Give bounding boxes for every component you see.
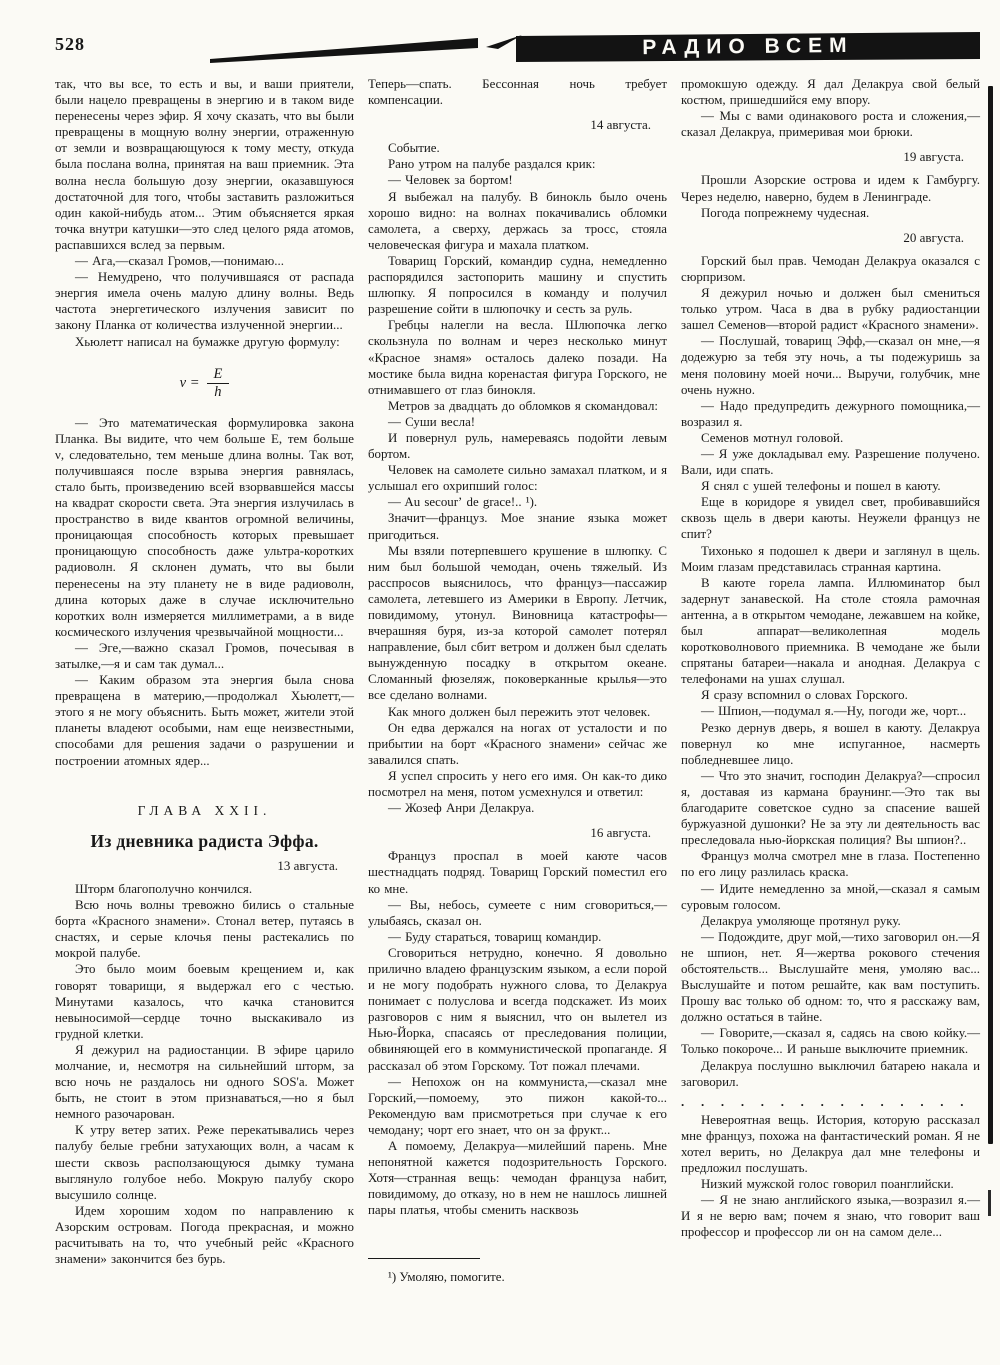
paragraph: Идем хорошим ходом по направлению к Азор… — [55, 1203, 354, 1267]
paragraph: Событие. — [368, 140, 667, 156]
paragraph: Хьюлетт написал на бумажке другую формул… — [55, 334, 354, 350]
masthead-title: РАДИО ВСЕМ — [642, 34, 854, 59]
planck-formula: ν =Eh — [55, 366, 354, 401]
paragraph: — Буду стараться, товарищ командир. — [368, 929, 667, 945]
paragraph: — Жозеф Анри Делакруа. — [368, 800, 667, 816]
paragraph: — Вы, небось, сумеете с ним сговориться,… — [368, 897, 667, 929]
paragraph: Я сразу вспомнил о словах Горского. — [681, 687, 980, 703]
paragraph: Низкий мужской голос говорил поанглийски… — [681, 1176, 980, 1192]
paragraph: Я успел спросить у него его имя. Он как-… — [368, 768, 667, 800]
footnote-text: ¹) Умоляю, помогите. — [368, 1269, 667, 1285]
paragraph: Я выбежал на палубу. В бинокль было очен… — [368, 189, 667, 253]
paragraph: Он едва держался на ногах от усталости и… — [368, 720, 667, 768]
paragraph: В каюте горела лампа. Иллюминатор был за… — [681, 575, 980, 688]
paragraph: так, что вы все, то есть и вы, и ваши пр… — [55, 76, 354, 253]
paragraph: Француз молча смотрел мне в глаза. Посте… — [681, 848, 980, 880]
page-edge-bar — [988, 86, 993, 1144]
paragraph: — Говорите,—сказал я, садясь на свою кой… — [681, 1025, 980, 1057]
magazine-page: 528 РАДИО ВСЕМ так, что вы все, то есть … — [0, 0, 1000, 1365]
page-number: 528 — [55, 34, 85, 55]
paragraph: Еще в коридоре я увидел свет, пробивавши… — [681, 494, 980, 542]
paragraph: Метров за двадцать до обломков я скоманд… — [368, 398, 667, 414]
paragraph: — Суши весла! — [368, 414, 667, 430]
paragraph: Сговориться нетрудно, конечно. Я довольн… — [368, 945, 667, 1074]
paragraph: Товарищ Горский, командир судна, немедле… — [368, 253, 667, 317]
paragraph: Шторм благополучно кончился. — [55, 881, 354, 897]
content-columns: так, что вы все, то есть и вы, и ваши пр… — [0, 76, 1000, 1286]
column-1: так, что вы все, то есть и вы, и ваши пр… — [55, 76, 354, 1286]
section-title: Из дневника радиста Эффа. — [55, 833, 354, 849]
paragraph: Я дежурил ночью и должен был смениться т… — [681, 285, 980, 333]
paragraph: Резко дернув дверь, я вошел в каюту. Дел… — [681, 720, 980, 768]
paragraph: — Подождите, друг мой,—тихо заговорил он… — [681, 929, 980, 1026]
paragraph: Француз проспал в моей каюте часов шестн… — [368, 848, 667, 896]
paragraph: Погода попрежнему чудесная. — [681, 205, 980, 221]
paragraph: — Человек за бортом! — [368, 172, 667, 188]
paragraph: Рано утром на палубе раздался крик: — [368, 156, 667, 172]
paragraph: Значит—француз. Мое знание языка может п… — [368, 510, 667, 542]
column-2: Теперь—спать. Бессонная ночь требует ком… — [368, 76, 667, 1286]
paragraph: — Ага,—сказал Громов,—понимаю... — [55, 253, 354, 269]
paragraph: Мы взяли потерпевшего крушение в шлюпку.… — [368, 543, 667, 704]
paragraph: Делакруа послушно выключил батарею накал… — [681, 1058, 980, 1090]
paragraph: — Эге,—важно сказал Громов, почесывая в … — [55, 640, 354, 672]
paragraph: Теперь—спать. Бессонная ночь требует ком… — [368, 76, 667, 108]
paragraph: — Шпион,—подумал я.—Ну, погоди же, чорт.… — [681, 703, 980, 719]
paragraph: — Я не знаю английского языка,—возразил … — [681, 1192, 980, 1240]
chapter-heading: ГЛАВА XXII. — [55, 803, 354, 819]
paragraph: — Идите немедленно за мной,—сказал я сам… — [681, 881, 980, 913]
paragraph: Невероятная вещь. История, которую расск… — [681, 1112, 980, 1176]
paragraph: Гребцы налегли на весла. Шлюпочка легко … — [368, 317, 667, 397]
paragraph: — Au secourʼ de grace!.. ¹). — [368, 494, 667, 510]
date-line: 16 августа. — [368, 825, 667, 841]
paragraph: Прошли Азорские острова и идем к Гамбург… — [681, 172, 980, 204]
paragraph: Делакруа умоляюще протянул руку. — [681, 913, 980, 929]
paragraph: — Каким образом эта энергия была снова п… — [55, 672, 354, 769]
paragraph: — Что это значит, господин Делакруа?—спр… — [681, 768, 980, 848]
page-edge-tick — [988, 1190, 991, 1216]
paragraph: — Непохож он на коммуниста,—сказал мне Г… — [368, 1074, 667, 1138]
paragraph: — Немудрено, что получившаяся от распада… — [55, 269, 354, 333]
paragraph: Семенов мотнул головой. — [681, 430, 980, 446]
paragraph: — Послушай, товарищ Эфф,—сказал он мне,—… — [681, 333, 980, 397]
masthead-banner: РАДИО ВСЕМ — [210, 32, 982, 73]
paragraph: — Надо предупредить дежурного помощника,… — [681, 398, 980, 430]
paragraph: — Я уже докладывал ему. Разрешение получ… — [681, 446, 980, 478]
paragraph: — Мы с вами одинакового роста и сложения… — [681, 108, 980, 140]
paragraph: Всю ночь волны тревожно бились о стальны… — [55, 897, 354, 961]
date-line: 20 августа. — [681, 230, 980, 246]
paragraph: промокшую одежду. Я дал Делакруа свой бе… — [681, 76, 980, 108]
masthead-graphic: РАДИО ВСЕМ — [210, 32, 982, 68]
paragraph: Это было моим боевым крещением и, как го… — [55, 961, 354, 1041]
paragraph: Человек на самолете сильно замахал платк… — [368, 462, 667, 494]
paragraph: Тихонько я подошел к двери и заглянул в … — [681, 543, 980, 575]
footnote-separator — [368, 1258, 480, 1259]
paragraph: К утру ветер затих. Реже перекатывались … — [55, 1122, 354, 1202]
paragraph: А помоему, Делакруа—милейший парень. Мне… — [368, 1138, 667, 1218]
date-line: 14 августа. — [368, 117, 667, 133]
paragraph: Я снял с ушей телефоны и пошел в каюту. — [681, 478, 980, 494]
column-3: промокшую одежду. Я дал Делакруа свой бе… — [681, 76, 980, 1286]
paragraph: Горский был прав. Чемодан Делакруа оказа… — [681, 253, 980, 285]
dots-separator: . . . . . . . . . . . . . . . . . . . . … — [681, 1094, 980, 1110]
date-line: 13 августа. — [55, 858, 354, 874]
paragraph: — Это математическая формулировка закона… — [55, 415, 354, 640]
page-header: 528 РАДИО ВСЕМ — [0, 0, 1000, 76]
date-line: 19 августа. — [681, 149, 980, 165]
paragraph: Как много должен был пережить этот челов… — [368, 704, 667, 720]
paragraph: Я дежурил на радиостанции. В эфире царил… — [55, 1042, 354, 1122]
paragraph: И повернул руль, намереваясь подойти лев… — [368, 430, 667, 462]
